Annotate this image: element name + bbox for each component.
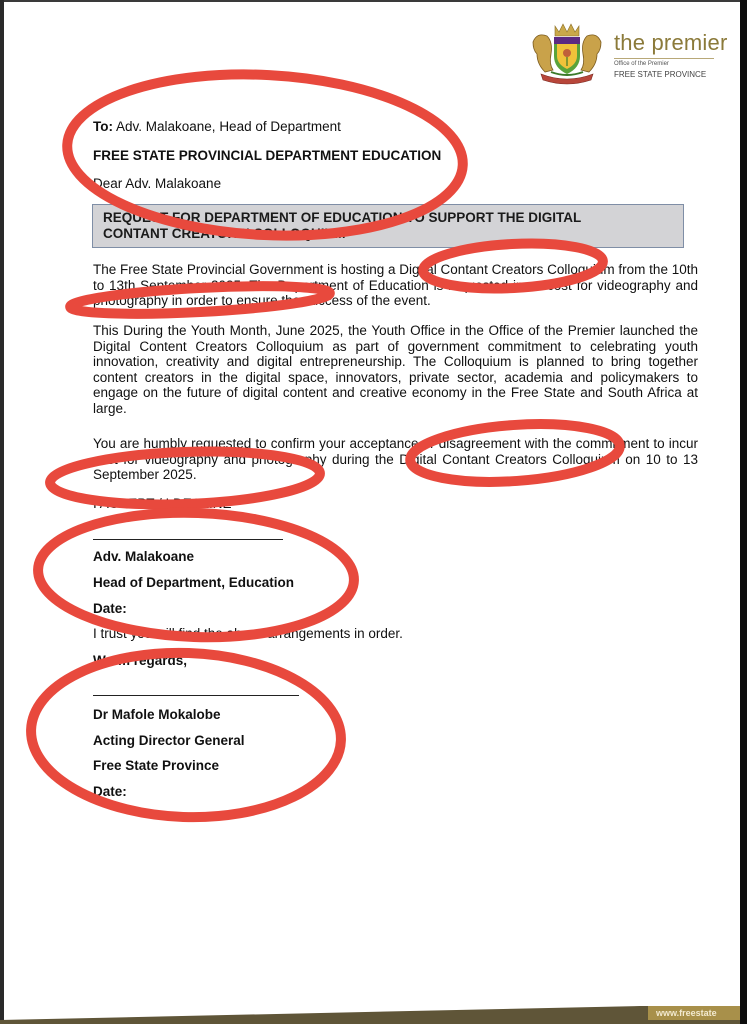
closing-note: I trust you will find the above arrangem… bbox=[93, 626, 403, 642]
recipient-title: Head of Department, Education bbox=[93, 575, 294, 591]
sender-province: Free State Province bbox=[93, 758, 219, 774]
paragraph-1: The Free State Provincial Government is … bbox=[93, 262, 698, 309]
to-value: Adv. Malakoane, Head of Department bbox=[113, 119, 341, 134]
logo-subtitle: Office of the Premier bbox=[614, 61, 669, 67]
logo-title: the premier bbox=[614, 30, 727, 56]
paragraph-2: This During the Youth Month, June 2025, … bbox=[93, 323, 698, 416]
screen-right-edge bbox=[740, 0, 747, 1024]
footer-bar bbox=[0, 1000, 747, 1024]
recipient-date-label: Date: bbox=[93, 601, 127, 617]
logo-region: FREE STATE PROVINCE bbox=[614, 70, 706, 79]
premier-logo: the premier Office of the Premier FREE S… bbox=[527, 20, 717, 86]
footer-url: www.freestate bbox=[648, 1006, 747, 1020]
department-line: FREE STATE PROVINCIAL DEPARTMENT EDUCATI… bbox=[93, 148, 441, 164]
sender-name: Dr Mafole Mokalobe bbox=[93, 707, 221, 723]
recipient-name: Adv. Malakoane bbox=[93, 549, 194, 565]
paragraph-3: You are humbly requested to confirm your… bbox=[93, 436, 698, 483]
coat-of-arms-icon bbox=[527, 20, 607, 86]
subject-line-2: CONTANT CREATORS' COLLOQUIUM bbox=[103, 226, 673, 242]
sender-title: Acting Director General bbox=[93, 733, 245, 749]
subject-box: REQUEST FOR DEPARTMENT OF EDUCATION TO S… bbox=[92, 204, 684, 248]
accept-decline-option: I ACCEPT / I DECLINE bbox=[93, 496, 232, 512]
to-line: To: Adv. Malakoane, Head of Department bbox=[93, 119, 341, 135]
recipient-signature-line bbox=[93, 539, 283, 540]
logo-divider bbox=[614, 58, 714, 59]
sender-date-label: Date: bbox=[93, 784, 127, 800]
subject-line-1: REQUEST FOR DEPARTMENT OF EDUCATION TO S… bbox=[103, 210, 673, 226]
to-label: To: bbox=[93, 119, 113, 134]
salutation: Dear Adv. Malakoane bbox=[93, 176, 221, 192]
sender-signature-line bbox=[93, 695, 299, 696]
closing: Warm regards, bbox=[93, 653, 187, 669]
